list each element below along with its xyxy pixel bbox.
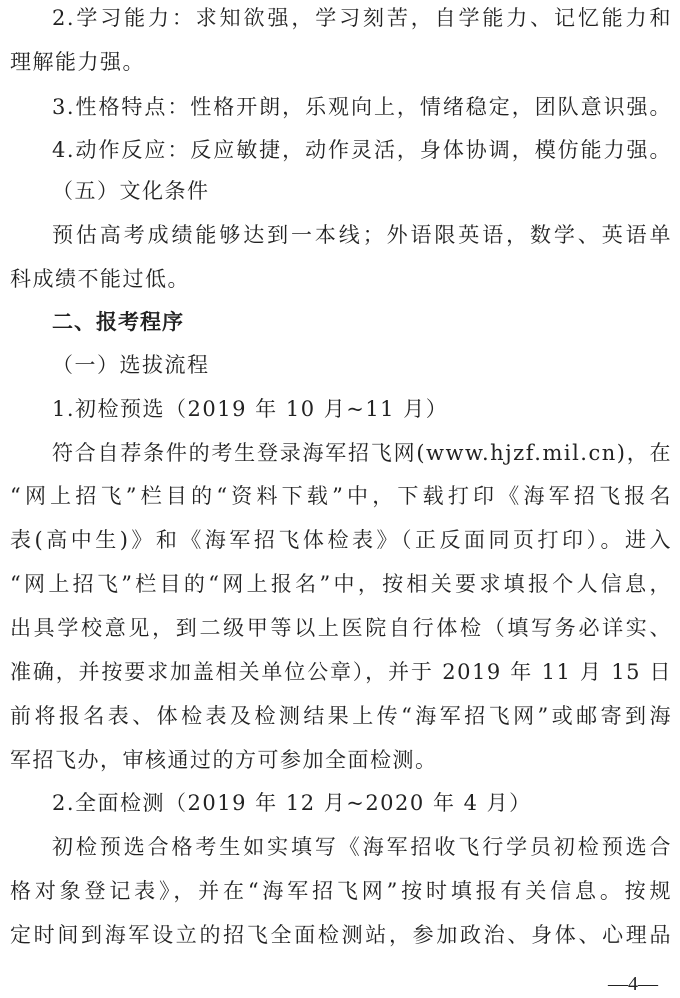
text-line: “网上招飞”栏目的“网上报名”中，按相关要求填报个人信息，	[10, 570, 672, 598]
text-line: 表(高中生)》和《海军招飞体检表》（正反面同页打印）。进入	[10, 526, 672, 554]
text-line: 准确，并按要求加盖相关单位公章），并于 2019 年 11 月 15 日	[10, 658, 672, 686]
text-line: （五）文化条件	[52, 177, 672, 205]
text-line: 符合自荐条件的考生登录海军招飞网(www.hjzf.mil.cn)，在	[52, 439, 672, 467]
page-number: —4—	[608, 972, 658, 996]
text-line: 前将报名表、体检表及检测结果上传“海军招飞网”或邮寄到海	[10, 702, 672, 730]
text-line: （一）选拔流程	[52, 351, 672, 379]
text-line: 2.学习能力：求知欲强，学习刻苦，自学能力、记忆能力和	[52, 4, 672, 32]
section-heading: 二、报考程序	[52, 308, 672, 336]
text-line: 2.全面检测（2019 年 12 月~2020 年 4 月）	[52, 789, 672, 817]
text-line: 格对象登记表》，并在“海军招飞网”按时填报有关信息。按规	[10, 877, 672, 905]
text-line: 4.动作反应：反应敏捷，动作灵活，身体协调，模仿能力强。	[52, 136, 672, 164]
text-line: 出具学校意见，到二级甲等以上医院自行体检（填写务必详实、	[10, 614, 672, 642]
text-line: “网上招飞”栏目的“资料下载”中，下载打印《海军招飞报名	[10, 482, 672, 510]
text-line: 1.初检预选（2019 年 10 月~11 月）	[52, 395, 672, 423]
text-line: 定时间到海军设立的招飞全面检测站，参加政治、身体、心理品	[10, 921, 672, 949]
text-line: 军招飞办，审核通过的方可参加全面检测。	[10, 746, 672, 774]
text-line: 3.性格特点：性格开朗，乐观向上，情绪稳定，团队意识强。	[52, 93, 672, 121]
text-line: 初检预选合格考生如实填写《海军招收飞行学员初检预选合	[52, 833, 672, 861]
text-line: 理解能力强。	[10, 48, 672, 76]
text-line: 科成绩不能过低。	[10, 265, 672, 293]
text-line: 预估高考成绩能够达到一本线；外语限英语，数学、英语单	[52, 221, 672, 249]
